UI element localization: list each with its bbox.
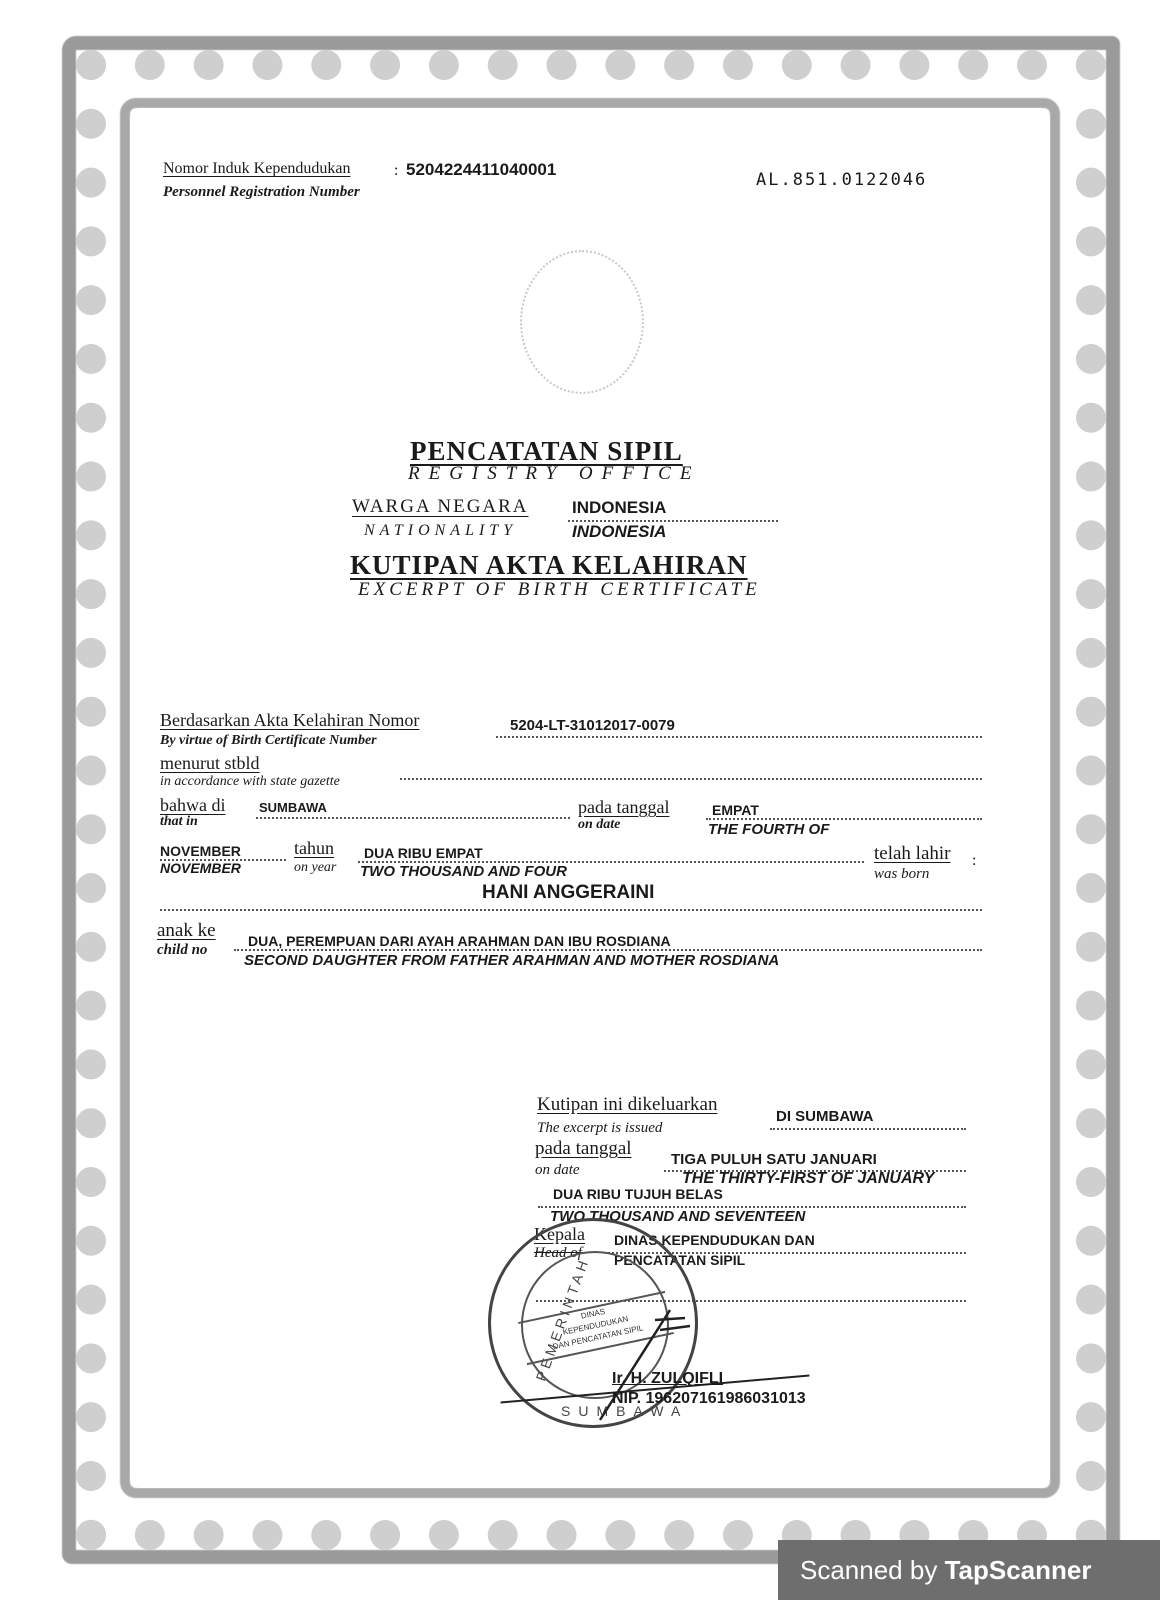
year-value-en: TWO THOUSAND AND FOUR: [360, 863, 567, 880]
born-colon: :: [972, 852, 976, 870]
watermark-brand: TapScanner: [945, 1555, 1092, 1585]
document-title: KUTIPAN AKTA KELAHIRAN: [350, 550, 748, 581]
year-label: tahun: [294, 838, 334, 859]
date-dotted-line: [706, 818, 982, 820]
issue-date-label-en: on date: [535, 1162, 580, 1179]
issue-date-value: TIGA PULUH SATU JANUARI: [671, 1151, 877, 1168]
issued-label-en: The excerpt is issued: [537, 1120, 662, 1137]
nik-label: Nomor Induk Kependudukan: [163, 160, 351, 178]
month-value: NOVEMBER: [160, 843, 241, 859]
date-value-en: THE FOURTH OF: [708, 821, 829, 838]
child-name: HANI ANGGERAINI: [482, 882, 654, 904]
year-value: DUA RIBU EMPAT: [364, 845, 483, 861]
place-label-en: that in: [160, 814, 198, 830]
place-dotted-line: [256, 817, 570, 819]
stbld-dotted-line: [400, 778, 982, 780]
issued-place-dotted-line: [770, 1128, 966, 1130]
nationality-value: INDONESIA: [572, 498, 666, 518]
scanner-watermark: Scanned by TapScanner: [778, 1540, 1160, 1600]
born-label: telah lahir: [874, 843, 951, 865]
serial-number: AL.851.0122046: [756, 170, 927, 190]
month-value-en: NOVEMBER: [160, 860, 241, 876]
year-label-en: on year: [294, 860, 336, 876]
nik-colon: :: [394, 162, 398, 180]
cert-number-label: Berdasarkan Akta Kelahiran Nomor: [160, 710, 419, 731]
office-title-en: REGISTRY OFFICE: [408, 463, 700, 485]
document-title-en: EXCERPT OF BIRTH CERTIFICATE: [358, 579, 761, 601]
date-label: pada tanggal: [578, 797, 669, 818]
child-no-value: DUA, PEREMPUAN DARI AYAH ARAHMAN DAN IBU…: [248, 933, 671, 949]
born-label-en: was born: [874, 866, 929, 883]
child-no-label-en: child no: [157, 942, 207, 959]
signatory-name: Ir. H. ZULQIFLI: [612, 1370, 723, 1388]
issued-label: Kutipan ini dikeluarkan: [537, 1094, 717, 1116]
nationality-value-en: INDONESIA: [572, 522, 666, 542]
cert-number-dotted-line: [496, 736, 982, 738]
date-label-en: on date: [578, 817, 620, 833]
name-dotted-line: [160, 909, 982, 911]
garuda-emblem-icon: [520, 250, 644, 394]
cert-number-value: 5204-LT-31012017-0079: [510, 717, 675, 734]
stbld-label-en: in accordance with state gazette: [160, 774, 340, 790]
nik-value: 5204224411040001: [406, 160, 556, 180]
place-label: bahwa di: [160, 795, 225, 816]
place-value: SUMBAWA: [259, 800, 327, 815]
issue-date-label: pada tanggal: [535, 1138, 632, 1160]
child-no-label: anak ke: [157, 920, 216, 942]
nationality-label: WARGA NEGARA: [352, 496, 529, 518]
signatory-nip: NIP. 196207161986031013: [612, 1390, 806, 1408]
stbld-label: menurut stbld: [160, 753, 260, 774]
issue-year-value: DUA RIBU TUJUH BELAS: [553, 1186, 723, 1202]
signature-icon: [560, 1290, 700, 1430]
child-no-dotted-line: [234, 949, 982, 951]
watermark-prefix: Scanned by: [800, 1555, 937, 1585]
child-no-value-en: SECOND DAUGHTER FROM FATHER ARAHMAN AND …: [244, 952, 779, 969]
issued-place: DI SUMBAWA: [776, 1108, 874, 1125]
date-value: EMPAT: [712, 802, 759, 818]
nik-sublabel: Personnel Registration Number: [163, 184, 360, 201]
cert-number-label-en: By virtue of Birth Certificate Number: [160, 733, 377, 749]
nationality-label-en: NATIONALITY: [364, 522, 517, 540]
